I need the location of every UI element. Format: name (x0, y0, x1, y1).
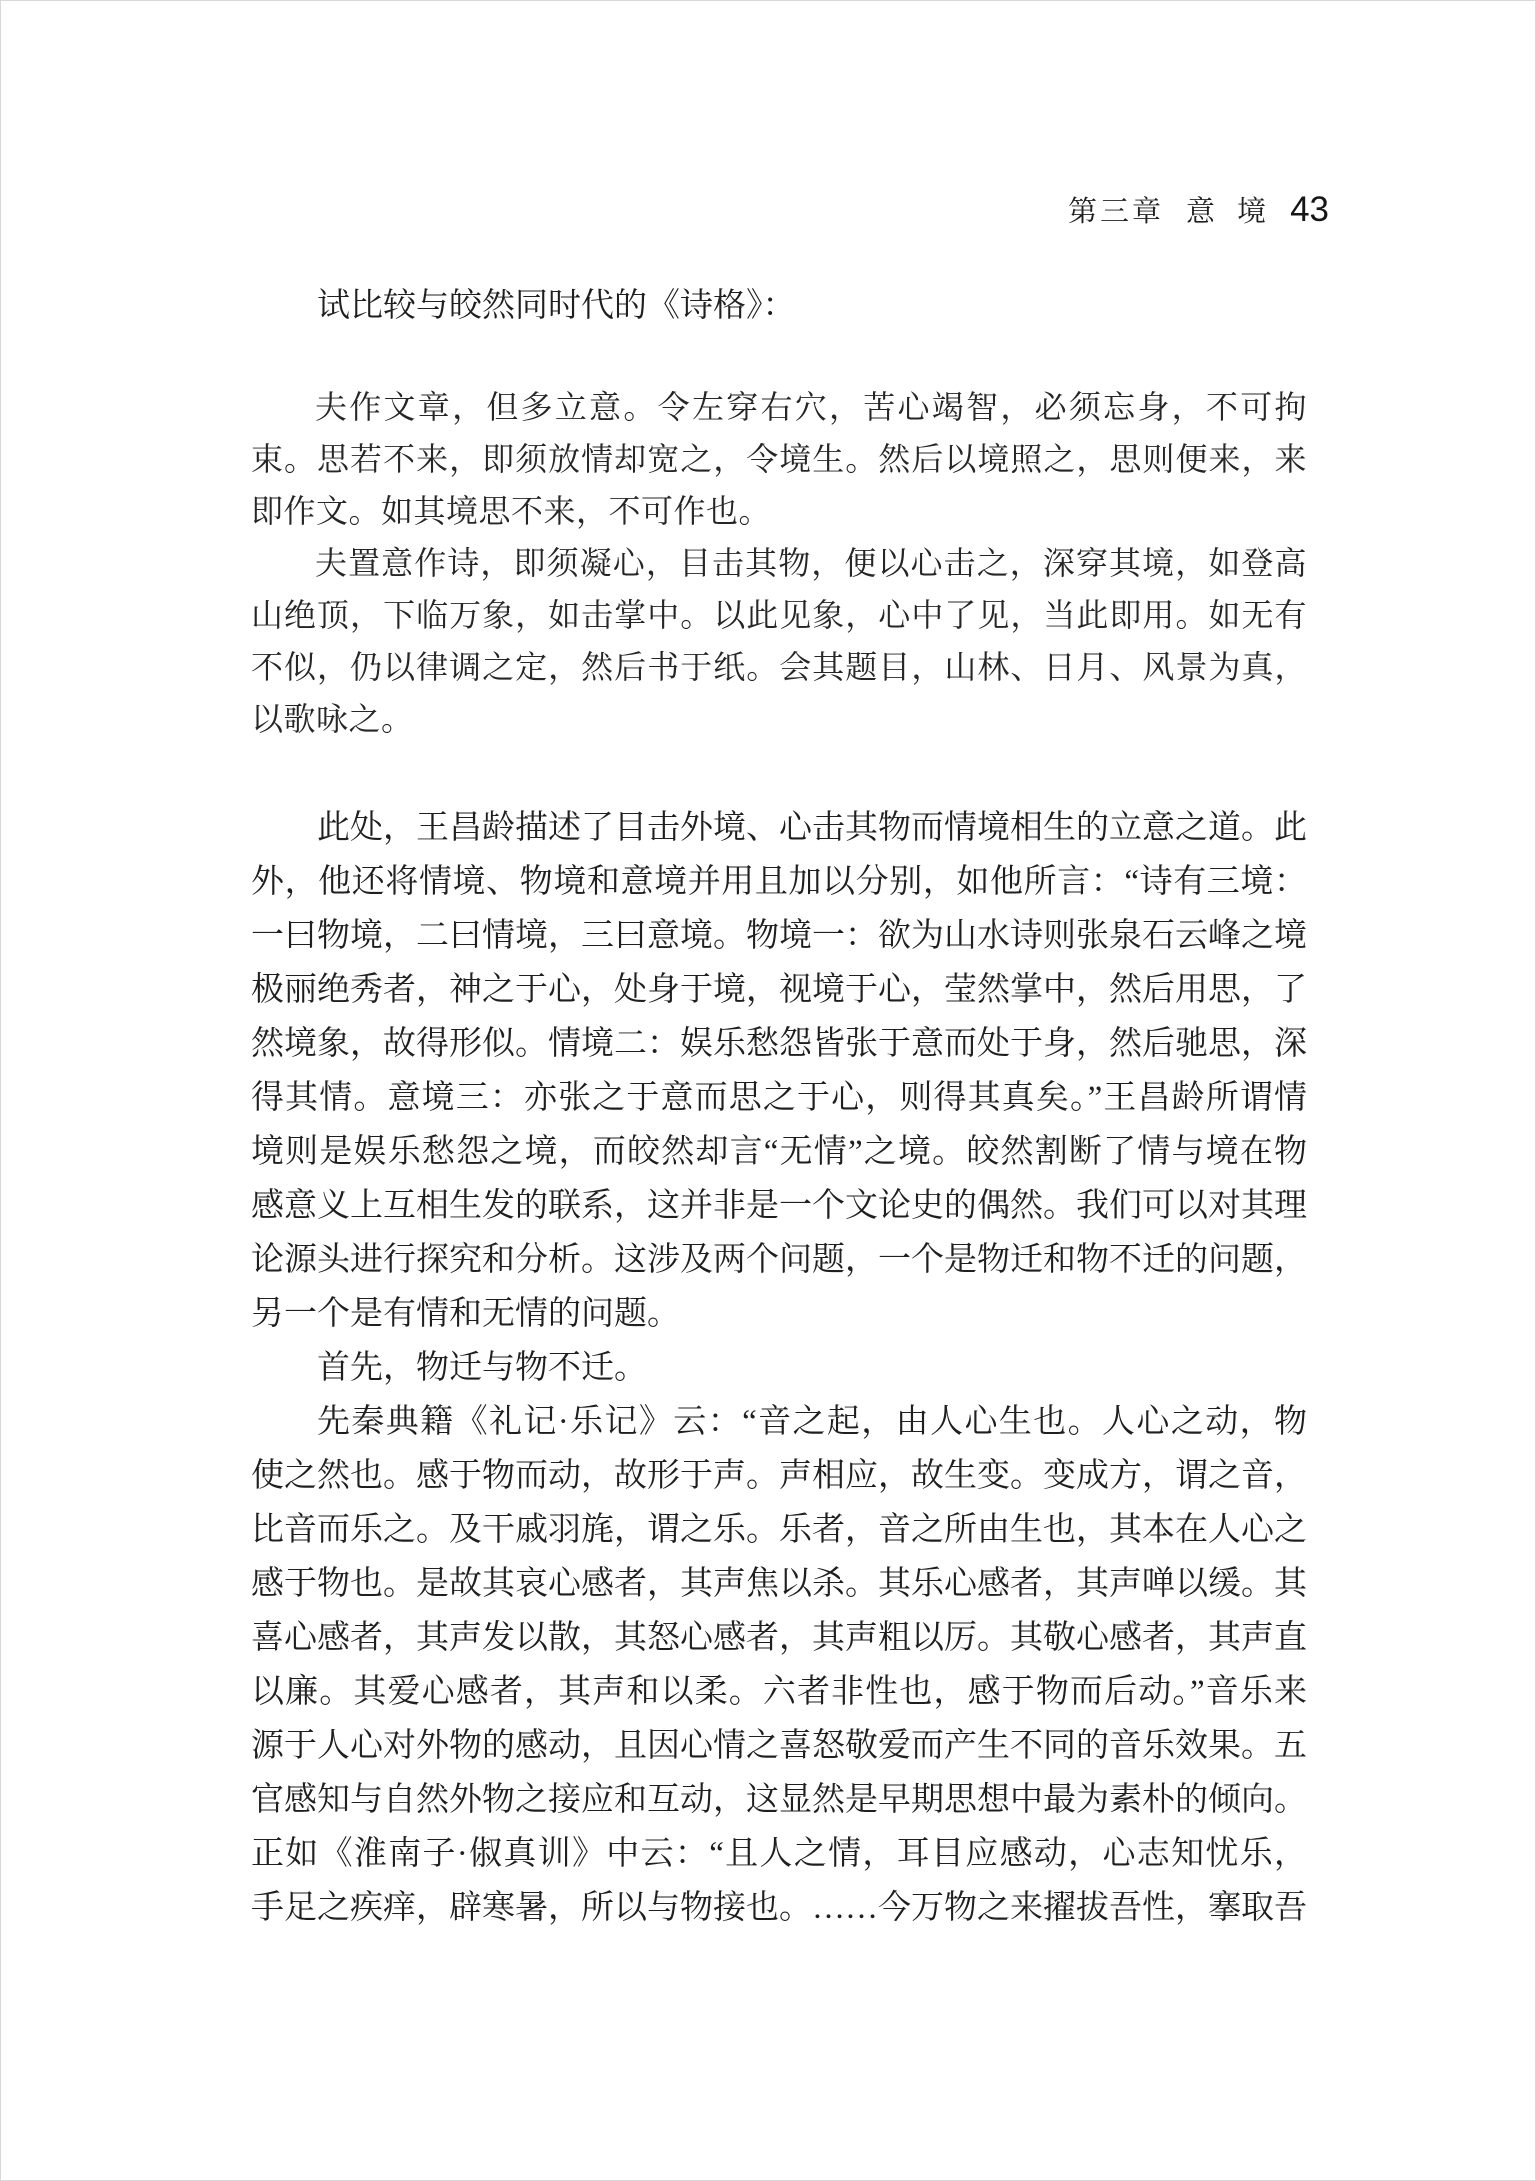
text-line: 不似，仍以律调之定，然后书于纸。会其题目，山林、日月、风景为真， (251, 641, 1307, 693)
text-line: 夫置意作诗，即须凝心，目击其物，便以心击之，深穿其境，如登高 (251, 537, 1307, 589)
text-line: 极丽绝秀者，神之于心，处身于境，视境于心，莹然掌中，然后用思，了 (251, 963, 1307, 1017)
text-line: 比音而乐之。及干戚羽旄，谓之乐。乐者，音之所由生也，其本在人心之 (251, 1503, 1307, 1557)
chapter-title-char-1: 意 (1186, 189, 1215, 230)
text-line: 感于物也。是故其哀心感者，其声焦以杀。其乐心感者，其声啴以缓。其 (251, 1557, 1307, 1611)
body-text: 此处，王昌龄描述了目击外境、心击其物而情境相生的立意之道。此外，他还将情境、物境… (251, 801, 1307, 1935)
text-line: 以廉。其爱心感者，其声和以柔。六者非性也，感于物而后动。”音乐来 (251, 1665, 1307, 1719)
text-line: 喜心感者，其声发以散，其怒心感者，其声粗以厉。其敬心感者，其声直 (251, 1611, 1307, 1665)
chapter-label: 第三章 (1068, 189, 1164, 230)
text-line: 感意义上互相生发的联系，这并非是一个文论史的偶然。我们可以对其理 (251, 1179, 1307, 1233)
text-line: 官感知与自然外物之接应和互动，这显然是早期思想中最为素朴的倾向。 (251, 1773, 1307, 1827)
text-line: 即作文。如其境思不来，不可作也。 (251, 485, 1307, 537)
text-line: 山绝顶，下临万象，如击掌中。以此见象，心中了见，当此即用。如无有 (251, 589, 1307, 641)
text-line: 以歌咏之。 (251, 693, 1307, 745)
book-page: 第三章 意 境 43 试比较与皎然同时代的《诗格》： 夫作文章，但多立意。令左穿… (0, 0, 1536, 2181)
block-quote: 夫作文章，但多立意。令左穿右穴，苦心竭智，必须忘身，不可拘束。思若不来，即须放情… (251, 381, 1307, 745)
text-line: 使之然也。感于物而动，故形于声。声相应，故生变。变成方，谓之音， (251, 1449, 1307, 1503)
running-header: 第三章 意 境 43 (1068, 189, 1329, 230)
text-line: 此处，王昌龄描述了目击外境、心击其物而情境相生的立意之道。此 (251, 801, 1307, 855)
text-line: 首先，物迁与物不迁。 (251, 1341, 1307, 1395)
text-line: 另一个是有情和无情的问题。 (251, 1287, 1307, 1341)
text-line: 然境象，故得形似。情境二：娱乐愁怨皆张于意而处于身，然后驰思，深 (251, 1017, 1307, 1071)
text-line: 源于人心对外物的感动，且因心情之喜怒敬爱而产生不同的音乐效果。五 (251, 1719, 1307, 1773)
text-line: 先秦典籍《礼记·乐记》云：“音之起，由人心生也。人心之动，物 (251, 1395, 1307, 1449)
chapter-title-char-2: 境 (1237, 189, 1266, 230)
text-line: 得其情。意境三：亦张之于意而思之于心，则得其真矣。”王昌龄所谓情 (251, 1071, 1307, 1125)
text-line: 正如《淮南子·俶真训》中云：“且人之情，耳目应感动，心志知忧乐， (251, 1827, 1307, 1881)
text-line: 境则是娱乐愁怨之境，而皎然却言“无情”之境。皎然割断了情与境在物 (251, 1125, 1307, 1179)
page-number: 43 (1290, 190, 1329, 230)
text-line: 论源头进行探究和分析。这涉及两个问题，一个是物迁和物不迁的问题， (251, 1233, 1307, 1287)
text-line: 束。思若不来，即须放情却宽之，令境生。然后以境照之，思则便来，来 (251, 433, 1307, 485)
text-line: 一曰物境，二曰情境，三曰意境。物境一：欲为山水诗则张泉石云峰之境 (251, 909, 1307, 963)
text-line: 外，他还将情境、物境和意境并用且加以分别，如他所言：“诗有三境： (251, 855, 1307, 909)
text-line: 手足之疾痒，辟寒暑，所以与物接也。……今万物之来擢拔吾性，搴取吾 (251, 1881, 1307, 1935)
intro-paragraph: 试比较与皎然同时代的《诗格》： (251, 279, 1307, 333)
text-line: 夫作文章，但多立意。令左穿右穴，苦心竭智，必须忘身，不可拘 (251, 381, 1307, 433)
intro-line: 试比较与皎然同时代的《诗格》： (251, 279, 1307, 333)
